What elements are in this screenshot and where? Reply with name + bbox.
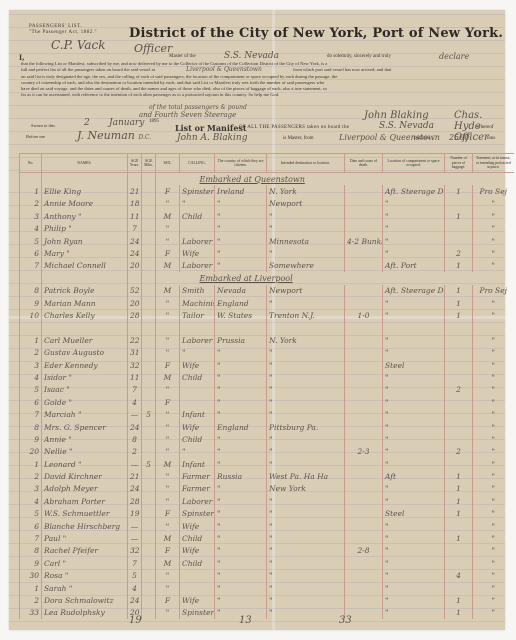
cell-months bbox=[142, 235, 156, 247]
master-of-label: Master of the bbox=[169, 54, 196, 59]
cell-name: Leonard " bbox=[42, 458, 128, 470]
cell-calling: Wife bbox=[180, 594, 215, 606]
section-label: Embarked at Queenstown bbox=[180, 173, 514, 186]
cell-intent: " bbox=[473, 384, 514, 396]
table-row: 5John Ryan24"Laborer"Minnesota4-2 Bunks"… bbox=[20, 235, 514, 247]
cell-pieces: 1 bbox=[445, 285, 473, 297]
cell-country: Russia bbox=[215, 470, 267, 482]
table-row: 3Eder Kennedy32FWife""Steel" bbox=[20, 359, 514, 371]
cell-calling: Wife bbox=[180, 359, 215, 371]
cell-destination: " bbox=[267, 384, 345, 396]
ship-name-field: S.S. Nevada bbox=[379, 121, 434, 131]
cell-name: Marian Mann bbox=[42, 297, 128, 309]
cell-years: 4 bbox=[128, 396, 142, 408]
col-names: NAMES. bbox=[42, 154, 128, 173]
cell-no: 4 bbox=[20, 371, 42, 383]
cell-calling: Child bbox=[180, 433, 215, 445]
master-name-field: John A. Blaking bbox=[177, 133, 247, 143]
cell-destination: " bbox=[267, 495, 345, 507]
cell-intent: " bbox=[473, 433, 514, 445]
cell-months bbox=[142, 495, 156, 507]
manifest-description: OF ALL THE PASSENGERS taken on board the bbox=[239, 125, 349, 130]
cell-no: 30 bbox=[20, 570, 42, 582]
cell-calling: Infant bbox=[180, 408, 215, 420]
cell-years: 20 bbox=[128, 297, 142, 309]
cell-name: Marciah " bbox=[42, 408, 128, 420]
cell-intent: " bbox=[473, 260, 514, 272]
table-row: 2David Kirchner21"FarmerRussiaWest Pa. H… bbox=[20, 470, 514, 482]
cell-country: " bbox=[215, 532, 267, 544]
cell-death bbox=[345, 408, 383, 420]
cell-compartment: " bbox=[383, 334, 445, 346]
cell-name: Mary " bbox=[42, 247, 128, 259]
cell-calling: Spinster bbox=[180, 607, 215, 619]
cell-country: " bbox=[215, 483, 267, 495]
cell-death bbox=[345, 210, 383, 222]
cell-destination: " bbox=[267, 408, 345, 420]
cell-compartment: Aft. Steerage Deck bbox=[383, 185, 445, 197]
cell-destination: " bbox=[267, 582, 345, 594]
cell-death bbox=[345, 421, 383, 433]
col-compartment: Location of compartment or space occupie… bbox=[383, 154, 445, 173]
table-row: 10Charles Kelly28"TailorW. StatesTrenton… bbox=[20, 309, 514, 321]
cell-country: England bbox=[215, 421, 267, 433]
total-third: 33 bbox=[339, 615, 352, 626]
cell-country: W. States bbox=[215, 309, 267, 321]
cell-intent: " bbox=[473, 198, 514, 210]
cell-calling bbox=[180, 223, 215, 235]
cell-no: 2 bbox=[20, 594, 42, 606]
cell-death bbox=[345, 396, 383, 408]
cell-compartment: " bbox=[383, 371, 445, 383]
cell-calling bbox=[180, 384, 215, 396]
cell-country: " bbox=[215, 359, 267, 371]
col-death: Date and cause of death. bbox=[345, 154, 383, 173]
cell-no: 8 bbox=[20, 285, 42, 297]
cell-name: Isaac " bbox=[42, 384, 128, 396]
cell-calling bbox=[180, 570, 215, 582]
cell-death: 4-2 Bunks bbox=[345, 235, 383, 247]
table-row: 1Carl Mueller22"LaborerPrussiaN. York"" bbox=[20, 334, 514, 346]
cell-death bbox=[345, 247, 383, 259]
cell-calling: Wife bbox=[180, 421, 215, 433]
vessel-name-field: S.S. Nevada bbox=[224, 51, 279, 61]
cell-years: 2 bbox=[128, 446, 142, 458]
cell-no: 10 bbox=[20, 309, 42, 321]
cell-country: " bbox=[215, 223, 267, 235]
cell-months bbox=[142, 483, 156, 495]
cell-intent: " bbox=[473, 594, 514, 606]
cell-death: 2-3 bbox=[345, 446, 383, 458]
cell-months bbox=[142, 557, 156, 569]
form-label: PASSENGERS' LIST. "The Passenger Act, 18… bbox=[29, 24, 97, 36]
table-row: 8Rachel Pfeifer32FWife""2-8"" bbox=[20, 545, 514, 557]
table-row: 7Marciah "—5"Infant"""" bbox=[20, 408, 514, 420]
cell-years: — bbox=[128, 458, 142, 470]
cell-destination: " bbox=[267, 371, 345, 383]
cell-calling: Farmer bbox=[180, 470, 215, 482]
table-row: 1Ellie King21FSpinsterIrelandN. YorkAft.… bbox=[20, 185, 514, 197]
cell-calling: Spinster bbox=[180, 508, 215, 520]
cell-country: " bbox=[215, 495, 267, 507]
cell-compartment: " bbox=[383, 607, 445, 619]
cell-years: — bbox=[128, 408, 142, 420]
oath-line-2: full and perfect list of all the passeng… bbox=[21, 67, 391, 72]
cell-calling: " bbox=[180, 198, 215, 210]
officer-signature: Officer bbox=[134, 42, 172, 55]
cell-intent: " bbox=[473, 210, 514, 222]
cell-sex: " bbox=[156, 346, 180, 358]
cell-compartment: " bbox=[383, 545, 445, 557]
is-master-label: is Master, from bbox=[283, 136, 314, 141]
cell-months bbox=[142, 371, 156, 383]
cell-pieces: 1 bbox=[445, 185, 473, 197]
cell-name: Ellie King bbox=[42, 185, 128, 197]
cell-no: 6 bbox=[20, 396, 42, 408]
cell-destination: " bbox=[267, 297, 345, 309]
cell-sex: " bbox=[156, 223, 180, 235]
cell-destination: " bbox=[267, 508, 345, 520]
cell-name: Charles Kelly bbox=[42, 309, 128, 321]
table-row: 4Abraham Porter28"Laborer"""1" bbox=[20, 495, 514, 507]
cell-name: Gustav Augusto bbox=[42, 346, 128, 358]
manifest-page: PASSENGERS' LIST. "The Passenger Act, 18… bbox=[9, 10, 505, 630]
cell-destination: N. York bbox=[267, 334, 345, 346]
cell-no: 6 bbox=[20, 247, 42, 259]
cell-months bbox=[142, 359, 156, 371]
cell-calling: " bbox=[180, 446, 215, 458]
cell-pieces bbox=[445, 408, 473, 420]
table-row: 9Annie "8"Child"""" bbox=[20, 433, 514, 445]
cell-name: Paul " bbox=[42, 532, 128, 544]
cell-months: 5 bbox=[142, 408, 156, 420]
cell-destination: " bbox=[267, 223, 345, 235]
cell-compartment: " bbox=[383, 446, 445, 458]
cell-death: 1-0 bbox=[345, 309, 383, 321]
cell-pieces: 1 bbox=[445, 309, 473, 321]
cell-months bbox=[142, 446, 156, 458]
cell-death bbox=[345, 334, 383, 346]
table-row: 7Paul "—MChild"""1" bbox=[20, 532, 514, 544]
cell-months bbox=[142, 607, 156, 619]
cell-months bbox=[142, 260, 156, 272]
cell-pieces: 1 bbox=[445, 210, 473, 222]
cell-sex: " bbox=[156, 235, 180, 247]
col-intent: Transient, or in transit, or intending p… bbox=[473, 154, 514, 173]
cell-sex: " bbox=[156, 297, 180, 309]
cell-sex: " bbox=[156, 607, 180, 619]
cell-death bbox=[345, 570, 383, 582]
cell-years: 28 bbox=[128, 309, 142, 321]
cell-intent: " bbox=[473, 520, 514, 532]
cell-death bbox=[345, 582, 383, 594]
cell-pieces bbox=[445, 198, 473, 210]
cell-months bbox=[142, 285, 156, 297]
cell-country: " bbox=[215, 520, 267, 532]
cell-country: " bbox=[215, 458, 267, 470]
cell-sex: " bbox=[156, 495, 180, 507]
cell-country: " bbox=[215, 396, 267, 408]
table-row: 2Annie Moore18"""Newport"" bbox=[20, 198, 514, 210]
cell-sex: " bbox=[156, 570, 180, 582]
cell-years: 7 bbox=[128, 384, 142, 396]
col-baggage: Number of pieces of baggage. bbox=[445, 154, 473, 173]
cell-country: " bbox=[215, 384, 267, 396]
cell-country: " bbox=[215, 446, 267, 458]
cell-destination: " bbox=[267, 446, 345, 458]
cell-intent: " bbox=[473, 346, 514, 358]
cell-pieces: 1 bbox=[445, 508, 473, 520]
cell-name: Annie Moore bbox=[42, 198, 128, 210]
cell-intent: " bbox=[473, 458, 514, 470]
cell-pieces: 1 bbox=[445, 260, 473, 272]
cell-intent: " bbox=[473, 396, 514, 408]
passenger-rows: Embarked at Queenstown1Ellie King21FSpin… bbox=[20, 173, 514, 620]
cell-intent: " bbox=[473, 607, 514, 619]
cell-pieces bbox=[445, 359, 473, 371]
cell-destination: Pittsburg Pa. bbox=[267, 421, 345, 433]
document-title: District of the City of New York, Port o… bbox=[129, 26, 503, 41]
cell-pieces bbox=[445, 433, 473, 445]
cell-months bbox=[142, 309, 156, 321]
cell-death bbox=[345, 495, 383, 507]
cell-calling: Laborer bbox=[180, 260, 215, 272]
cell-country: " bbox=[215, 371, 267, 383]
table-row: 8Patrick Boyle52MSmithNevadaNewportAft. … bbox=[20, 285, 514, 297]
table-row: 20Nellie "2""""2-3"2" bbox=[20, 446, 514, 458]
cell-intent: " bbox=[473, 371, 514, 383]
cell-intent: " bbox=[473, 223, 514, 235]
cell-sex: " bbox=[156, 433, 180, 445]
cell-pieces bbox=[445, 557, 473, 569]
cell-country: " bbox=[215, 210, 267, 222]
cell-compartment: Steel bbox=[383, 359, 445, 371]
cell-pieces: 1 bbox=[445, 297, 473, 309]
cell-name: Isidor " bbox=[42, 371, 128, 383]
burthen-label: burthen bbox=[414, 136, 429, 141]
cell-death bbox=[345, 223, 383, 235]
port-field: Liverpool & Queenstown bbox=[156, 66, 292, 73]
cell-destination: " bbox=[267, 359, 345, 371]
col-age-years: AGE Years. bbox=[128, 154, 142, 173]
cell-country: " bbox=[215, 508, 267, 520]
total-first: 19 bbox=[129, 615, 142, 626]
cell-calling: Wife bbox=[180, 545, 215, 557]
cell-death bbox=[345, 346, 383, 358]
table-row: 3Anthony "11MChild"""1" bbox=[20, 210, 514, 222]
passenger-table: No. NAMES. AGE Years. AGE Mths. SEX. CAL… bbox=[19, 153, 514, 619]
cell-years: 22 bbox=[128, 334, 142, 346]
section-label: Embarked at Liverpool bbox=[180, 272, 514, 284]
cell-intent: " bbox=[473, 545, 514, 557]
cell-sex: F bbox=[156, 545, 180, 557]
table-row: 2Dora Schmalowitz24FWife"""1" bbox=[20, 594, 514, 606]
table-row: 33Lea Rudolphsky20"Spinster"""1" bbox=[20, 607, 514, 619]
collector-signature: J. Neuman D.C. bbox=[77, 129, 151, 142]
table-row: 7Michael Connell20MLaborer"SomewhereAft.… bbox=[20, 260, 514, 272]
cell-compartment: " bbox=[383, 532, 445, 544]
cell-country: " bbox=[215, 235, 267, 247]
cell-months bbox=[142, 396, 156, 408]
solemnly-label: do solemnly, sincerely and truly bbox=[327, 54, 391, 59]
cell-name: Adolph Meyer bbox=[42, 483, 128, 495]
cell-death bbox=[345, 359, 383, 371]
cell-destination: " bbox=[267, 570, 345, 582]
cell-sex: " bbox=[156, 421, 180, 433]
cell-pieces bbox=[445, 396, 473, 408]
table-row: 4Philip "7""""" bbox=[20, 223, 514, 235]
cell-calling: Infant bbox=[180, 458, 215, 470]
cell-no: 3 bbox=[20, 210, 42, 222]
cell-years: 5 bbox=[128, 570, 142, 582]
cell-calling: " bbox=[180, 346, 215, 358]
cell-years: 52 bbox=[128, 285, 142, 297]
cell-death bbox=[345, 508, 383, 520]
cell-no: 4 bbox=[20, 223, 42, 235]
cell-no: 5 bbox=[20, 508, 42, 520]
cell-sex: M bbox=[156, 260, 180, 272]
table-row: 8Mrs. G. Spencer24"WifeEnglandPittsburg … bbox=[20, 421, 514, 433]
cell-sex: " bbox=[156, 198, 180, 210]
cell-death bbox=[345, 260, 383, 272]
cell-compartment: Aft. Steerage Deck bbox=[383, 285, 445, 297]
cell-destination: West Pa. Ha Ha bbox=[267, 470, 345, 482]
cell-pieces bbox=[445, 458, 473, 470]
cell-sex: M bbox=[156, 285, 180, 297]
cell-destination: Newport bbox=[267, 285, 345, 297]
cell-pieces: 4 bbox=[445, 570, 473, 582]
cell-intent: Pro Sej bbox=[473, 285, 514, 297]
cell-years: 8 bbox=[128, 433, 142, 445]
cell-compartment: " bbox=[383, 309, 445, 321]
cell-years: 11 bbox=[128, 371, 142, 383]
cell-sex: M bbox=[156, 210, 180, 222]
cell-calling: Tailor bbox=[180, 309, 215, 321]
cell-calling: Wife bbox=[180, 247, 215, 259]
cell-months bbox=[142, 334, 156, 346]
cell-no: 5 bbox=[20, 384, 42, 396]
cell-years: 24 bbox=[128, 421, 142, 433]
cell-sex: M bbox=[156, 557, 180, 569]
cell-years: 20 bbox=[128, 260, 142, 272]
cell-intent: " bbox=[473, 483, 514, 495]
cell-intent: " bbox=[473, 408, 514, 420]
cell-years: 24 bbox=[128, 594, 142, 606]
cell-destination: " bbox=[267, 594, 345, 606]
table-row: 2Gustav Augusto31"""""" bbox=[20, 346, 514, 358]
cell-name: Sarah " bbox=[42, 582, 128, 594]
cell-months bbox=[142, 185, 156, 197]
cell-sex: M bbox=[156, 458, 180, 470]
table-row: 1Sarah "4""""" bbox=[20, 582, 514, 594]
declare-field: declare bbox=[439, 52, 469, 61]
cell-country: " bbox=[215, 247, 267, 259]
cell-compartment: " bbox=[383, 570, 445, 582]
cell-years: 32 bbox=[128, 359, 142, 371]
cell-pieces bbox=[445, 545, 473, 557]
table-row: 9Carl "7MChild"""" bbox=[20, 557, 514, 569]
cell-no: 8 bbox=[20, 421, 42, 433]
cell-years: 21 bbox=[128, 185, 142, 197]
cell-compartment: " bbox=[383, 235, 445, 247]
cell-name: Mrs. G. Spencer bbox=[42, 421, 128, 433]
cell-destination: " bbox=[267, 520, 345, 532]
cell-no: 3 bbox=[20, 359, 42, 371]
cell-compartment: Steel bbox=[383, 508, 445, 520]
cell-name: Lea Rudolphsky bbox=[42, 607, 128, 619]
cell-sex: " bbox=[156, 309, 180, 321]
cell-death bbox=[345, 458, 383, 470]
cell-compartment: " bbox=[383, 384, 445, 396]
cell-months bbox=[142, 346, 156, 358]
cell-months: 5 bbox=[142, 458, 156, 470]
cell-pieces: 1 bbox=[445, 594, 473, 606]
cell-sex: M bbox=[156, 532, 180, 544]
cell-pieces: 1 bbox=[445, 483, 473, 495]
cell-sex: " bbox=[156, 520, 180, 532]
cell-pieces bbox=[445, 371, 473, 383]
cell-compartment: " bbox=[383, 495, 445, 507]
cell-no: 2 bbox=[20, 470, 42, 482]
cell-destination: New York bbox=[267, 483, 345, 495]
cell-intent: " bbox=[473, 359, 514, 371]
manifest-label: List or Manifest bbox=[175, 123, 247, 133]
cell-name: Abraham Porter bbox=[42, 495, 128, 507]
cell-compartment: " bbox=[383, 582, 445, 594]
cell-years: 7 bbox=[128, 223, 142, 235]
cell-compartment: " bbox=[383, 483, 445, 495]
cell-name: W.S. Schmuettler bbox=[42, 508, 128, 520]
cell-years: 31 bbox=[128, 346, 142, 358]
cell-calling: Farmer bbox=[180, 483, 215, 495]
cell-sex: " bbox=[156, 582, 180, 594]
cell-death: 2-8 bbox=[345, 545, 383, 557]
cell-calling: Child bbox=[180, 532, 215, 544]
cell-compartment: " bbox=[383, 297, 445, 309]
cell-sex: F bbox=[156, 359, 180, 371]
cell-calling: Wife bbox=[180, 520, 215, 532]
cell-destination: " bbox=[267, 433, 345, 445]
cell-months bbox=[142, 210, 156, 222]
cell-compartment: " bbox=[383, 594, 445, 606]
cell-name: Carl Mueller bbox=[42, 334, 128, 346]
cell-calling: Laborer bbox=[180, 334, 215, 346]
cell-destination: " bbox=[267, 247, 345, 259]
cell-intent: " bbox=[473, 334, 514, 346]
cell-calling: Child bbox=[180, 210, 215, 222]
sworn-year: 1895 bbox=[149, 119, 159, 124]
cell-sex: " bbox=[156, 408, 180, 420]
cell-name: Nellie " bbox=[42, 446, 128, 458]
cell-name: Eder Kennedy bbox=[42, 359, 128, 371]
cell-pieces: 1 bbox=[445, 470, 473, 482]
cell-years: 32 bbox=[128, 545, 142, 557]
cell-calling: Smith bbox=[180, 285, 215, 297]
sworn-day: 2 bbox=[84, 118, 90, 128]
cell-country: Ireland bbox=[215, 185, 267, 197]
cell-country: " bbox=[215, 433, 267, 445]
cell-pieces: 1 bbox=[445, 495, 473, 507]
cell-death bbox=[345, 185, 383, 197]
table-row: 3Adolph Meyer24"Farmer"New York"1" bbox=[20, 483, 514, 495]
cell-death bbox=[345, 285, 383, 297]
cell-no: 1 bbox=[20, 582, 42, 594]
table-header-row: No. NAMES. AGE Years. AGE Mths. SEX. CAL… bbox=[20, 154, 514, 173]
cell-pieces bbox=[445, 235, 473, 247]
cell-no: 8 bbox=[20, 545, 42, 557]
oath-line-3: on said list is truly designated the age… bbox=[21, 74, 491, 79]
cell-sex: " bbox=[156, 483, 180, 495]
